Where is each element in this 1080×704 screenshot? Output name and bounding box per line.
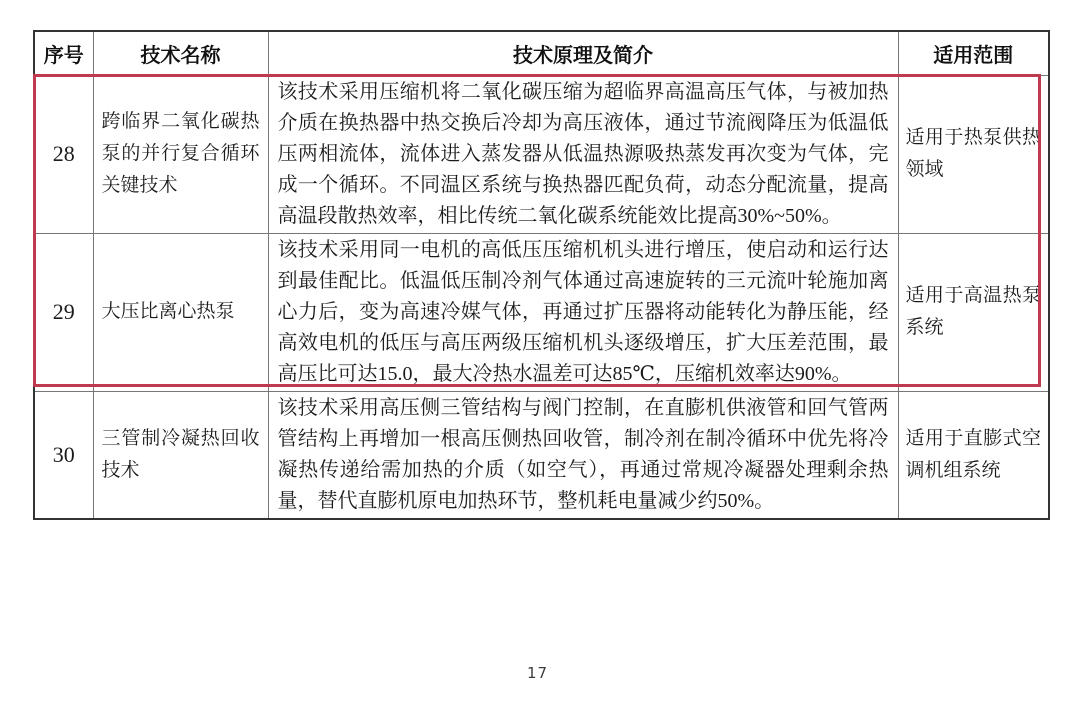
row-29-tech-name: 大压比离心热泵 <box>93 233 268 391</box>
header-serial-number: 序号 <box>34 31 93 75</box>
table-row-28: 28 跨临界二氧化碳热泵的并行复合循环关键技术 该技术采用压缩机将二氧化碳压缩为… <box>34 75 1049 233</box>
table-row-29: 29 大压比离心热泵 该技术采用同一电机的高低压压缩机机头进行增压，使启动和运行… <box>34 233 1049 391</box>
technology-table: 序号 技术名称 技术原理及简介 适用范围 28 跨临界二氧化碳热泵的并行复合循环… <box>33 30 1050 520</box>
row-29-serial-number: 29 <box>34 233 93 391</box>
header-tech-name: 技术名称 <box>93 31 268 75</box>
row-30-serial-number: 30 <box>34 391 93 519</box>
row-28-scope: 适用于热泵供热领域 <box>898 75 1049 233</box>
row-30-tech-principle: 该技术采用高压侧三管结构与阀门控制，在直膨机供液管和回气管两管结构上再增加一根高… <box>268 391 898 519</box>
table-header-row: 序号 技术名称 技术原理及简介 适用范围 <box>34 31 1049 75</box>
row-29-tech-principle: 该技术采用同一电机的高低压压缩机机头进行增压，使启动和运行达到最佳配比。低温低压… <box>268 233 898 391</box>
row-28-tech-principle: 该技术采用压缩机将二氧化碳压缩为超临界高温高压气体，与被加热介质在换热器中热交换… <box>268 75 898 233</box>
row-30-scope: 适用于直膨式空调机组系统 <box>898 391 1049 519</box>
header-scope: 适用范围 <box>898 31 1049 75</box>
row-29-scope: 适用于高温热泵系统 <box>898 233 1049 391</box>
table-row-30: 30 三管制冷凝热回收技术 该技术采用高压侧三管结构与阀门控制，在直膨机供液管和… <box>34 391 1049 519</box>
document-page: 序号 技术名称 技术原理及简介 适用范围 28 跨临界二氧化碳热泵的并行复合循环… <box>0 0 1080 704</box>
row-28-tech-name: 跨临界二氧化碳热泵的并行复合循环关键技术 <box>93 75 268 233</box>
header-tech-principle: 技术原理及简介 <box>268 31 898 75</box>
row-30-tech-name: 三管制冷凝热回收技术 <box>93 391 268 519</box>
row-28-serial-number: 28 <box>34 75 93 233</box>
page-number: 17 <box>30 664 1045 682</box>
